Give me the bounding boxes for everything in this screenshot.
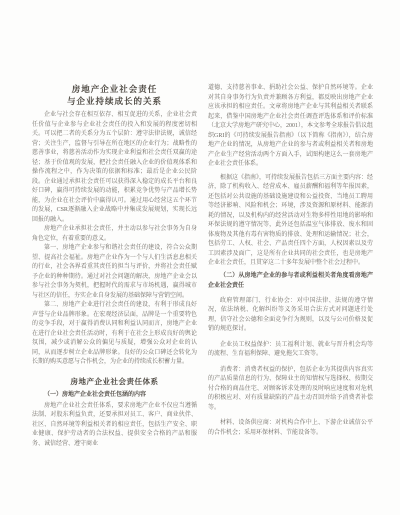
- paragraph-significance: 房地产企业承担社会责任，并主动以参与社会事务为自身角色定位，有着重要的意义。: [32, 225, 197, 244]
- article-title-line1: 房地产企业社会责任: [32, 84, 197, 96]
- article-title-line2: 与企业持续成长的关系: [32, 96, 197, 108]
- paragraph-suppliers: 材料、设备供应商：对机构合作中上、下游企业诚信公平的合作机会；采用环保材料、节能…: [208, 419, 373, 438]
- paragraph-point-two: 第二、房地产企业进行社会责任的建设，有利于形成良好声誉与企业品牌形象。在宏观经济…: [32, 301, 197, 368]
- paragraph-continuation: 道德、支持慈善事业、捐助社会公益、保护自然环境等。企业对其自身事务行为负责并兼顾…: [208, 84, 373, 170]
- subsection-heading-one: （一）房地产企业社会责任包涵的内容: [32, 390, 197, 400]
- paragraph-intro: 企业与社会存在相互依存、相互促进的关系，企业社会责任价值与企业参与企业社会责任的…: [32, 111, 197, 225]
- paragraph-gri-guide: 根据这《指南》，可持续发展报告包括三方面主要内容：经济，除了机构收入、经营成本、…: [208, 174, 373, 269]
- document-page: 房地产企业社会责任 与企业持续成长的关系 企业与社会存在相互依存、相互促进的关系…: [0, 0, 400, 515]
- subsection-heading-two: （二）从房地产企业的参与者或利益相关者角度看房地产企业社会责任: [208, 271, 373, 291]
- right-column: 道德、支持慈善事业、捐助社会公益、保护自然环境等。企业对其自身事务行为负责并兼顾…: [208, 84, 373, 449]
- paragraph-government: 政府管理部门、行业协会：对中国法律、法规的遵守情况，依法纳税、化解纠纷等义务采用…: [208, 297, 373, 335]
- section-heading-csr-system: 房地产企业社会责任体系: [32, 376, 197, 387]
- paragraph-point-one: 第一、房地产企业参与和谐社会责任的建设，符合公众期望、提高社会福祉。房地产企业作…: [32, 244, 197, 301]
- article-title: 房地产企业社会责任 与企业持续成长的关系: [32, 84, 197, 107]
- two-column-layout: 房地产企业社会责任 与企业持续成长的关系 企业与社会存在相互依存、相互促进的关系…: [0, 0, 400, 449]
- paragraph-employees: 企业员工权益保护：员工福利计划、就业与晋升机会均等的流程、生育福利保障、避免拖欠…: [208, 341, 373, 360]
- paragraph-consumers: 消费者：消费者权益的保护，包括企业为其提供内容真实的产品质量信息的行为、保障业主…: [208, 366, 373, 414]
- paragraph-csr-content: 房地产企业社会责任体系，要求房地产企业不仅应当遵循法制、对股东利益负责，还要承担…: [32, 402, 197, 450]
- left-column: 房地产企业社会责任 与企业持续成长的关系 企业与社会存在相互依存、相互促进的关系…: [32, 84, 197, 449]
